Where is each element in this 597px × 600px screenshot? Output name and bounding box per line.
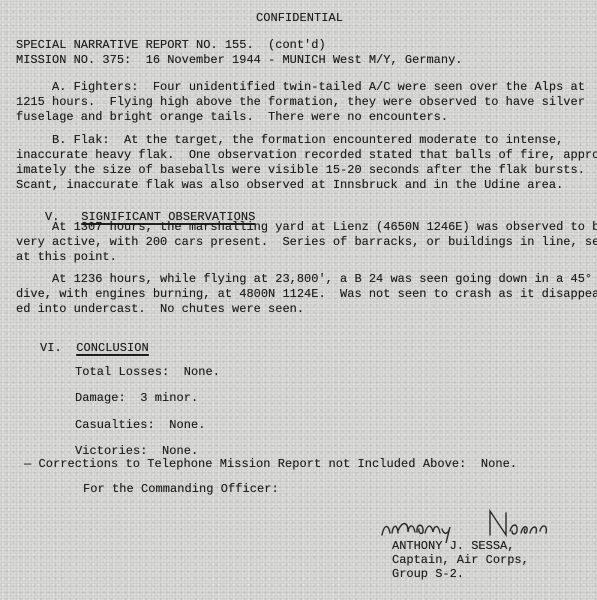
mission-line: MISSION NO. 375: 16 November 1944 - MUNI…: [16, 53, 586, 68]
paragraph-line: 1215 hours. Flying high above the format…: [16, 95, 586, 110]
paragraph-line: fuselage and bright orange tails. There …: [16, 110, 586, 125]
classification-header: CONFIDENTIAL: [256, 11, 343, 26]
paragraph-line: inaccurate heavy flak. One observation r…: [16, 148, 586, 163]
paragraph-line: very active, with 200 cars present. Seri…: [16, 235, 586, 250]
paragraph-line: dive, with engines burning, at 4800N 112…: [16, 287, 586, 302]
conclusion-value: None.: [162, 444, 198, 458]
observation-paragraph-2: At 1236 hours, while flying at 23,800', …: [16, 272, 586, 317]
report-header: SPECIAL NARRATIVE REPORT NO. 155. (cont'…: [16, 38, 586, 68]
paragraph-line: Scant, inaccurate flak was also observed…: [16, 178, 586, 193]
signatory-rank: Captain, Air Corps,: [392, 553, 529, 567]
paragraph-line: ed into undercast. No chutes were seen.: [16, 302, 586, 317]
closing-line: For the Commanding Officer:: [83, 482, 279, 497]
corrections-line: — Corrections to Telephone Mission Repor…: [24, 457, 517, 472]
flak-paragraph: B. Flak: At the target, the formation en…: [16, 133, 586, 193]
paragraph-line: At 1307 hours, the marshalling yard at L…: [16, 220, 586, 235]
report-number-line: SPECIAL NARRATIVE REPORT NO. 155. (cont'…: [16, 38, 586, 53]
paragraph-line: A. Fighters: Four unidentified twin-tail…: [16, 80, 586, 95]
observation-paragraph-1: At 1307 hours, the marshalling yard at L…: [16, 220, 586, 265]
signature-block: ANTHONY J. SESSA, Captain, Air Corps, Gr…: [392, 539, 529, 581]
paragraph-line: At 1236 hours, while flying at 23,800', …: [16, 272, 586, 287]
fighters-paragraph: A. Fighters: Four unidentified twin-tail…: [16, 80, 586, 125]
signatory-unit: Group S-2.: [392, 567, 529, 581]
conclusion-label: Victories:: [75, 444, 148, 458]
document-page: CONFIDENTIAL SPECIAL NARRATIVE REPORT NO…: [0, 0, 597, 600]
handwritten-signature: Anthony Sessa: [378, 505, 578, 543]
paragraph-line: B. Flak: At the target, the formation en…: [16, 133, 586, 148]
paragraph-line: at this point.: [16, 250, 586, 265]
signatory-name: ANTHONY J. SESSA,: [392, 539, 529, 553]
paragraph-line: imately the size of baseballs were visib…: [16, 163, 586, 178]
